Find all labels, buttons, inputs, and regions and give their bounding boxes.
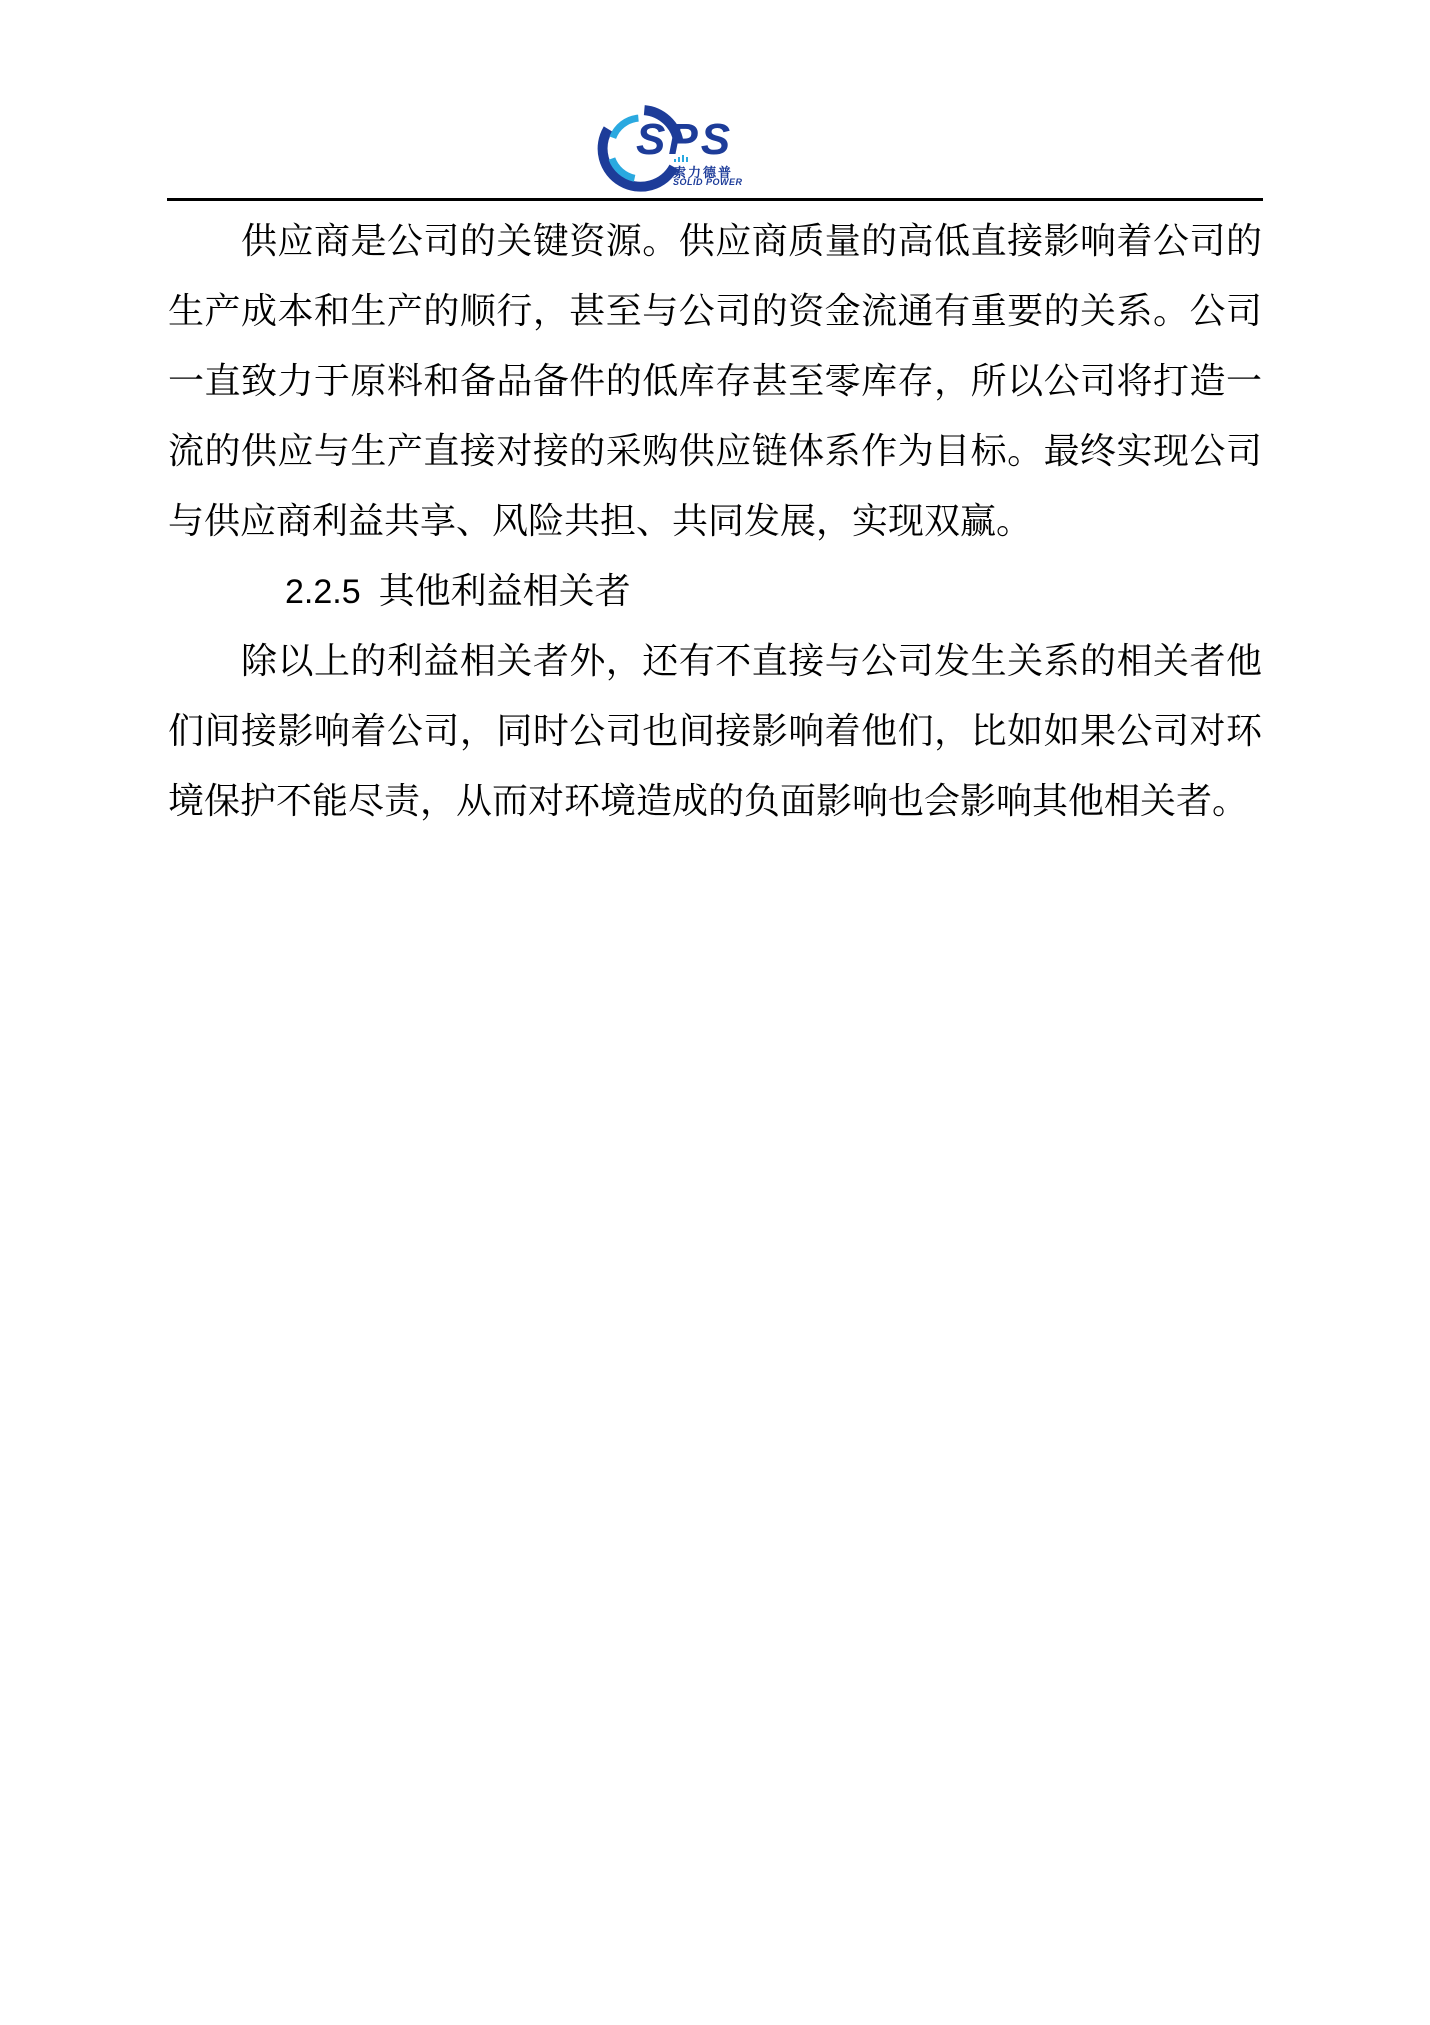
logo-signal-bars-icon (674, 154, 688, 162)
paragraph1-line3: 一直致力于原料和备品备件的低库存甚至零库存，所以公司将打造一 (168, 346, 1262, 416)
paragraph1-line1: 供应商是公司的关键资源。供应商质量的高低直接影响着公司的 (168, 206, 1262, 276)
header-divider (167, 198, 1263, 201)
paragraph1-line2: 生产成本和生产的顺行，甚至与公司的资金流通有重要的关系。公司 (168, 276, 1262, 346)
paragraph2-line2: 们间接影响着公司，同时公司也间接影响着他们，比如如果公司对环 (168, 696, 1262, 766)
paragraph2-line1: 除以上的利益相关者外，还有不直接与公司发生关系的相关者他 (168, 626, 1262, 696)
section-number: 2.2.5 (285, 573, 361, 611)
company-logo: SPS 索力德普 SOLID POWER (596, 104, 748, 194)
document-body: 供应商是公司的关键资源。供应商质量的高低直接影响着公司的 生产成本和生产的顺行，… (168, 206, 1262, 836)
paragraph2-line3: 境保护不能尽责，从而对环境造成的负面影响也会影响其他相关者。 (168, 766, 1262, 836)
logo-english-name: SOLID POWER (673, 177, 743, 187)
paragraph1-line4: 流的供应与生产直接对接的采购供应链体系作为目标。最终实现公司 (168, 416, 1262, 486)
paragraph1-line5: 与供应商利益共享、风险共担、共同发展，实现双赢。 (168, 486, 1262, 556)
section-heading: 2.2.5其他利益相关者 (168, 556, 1262, 626)
section-title: 其他利益相关者 (379, 571, 631, 611)
